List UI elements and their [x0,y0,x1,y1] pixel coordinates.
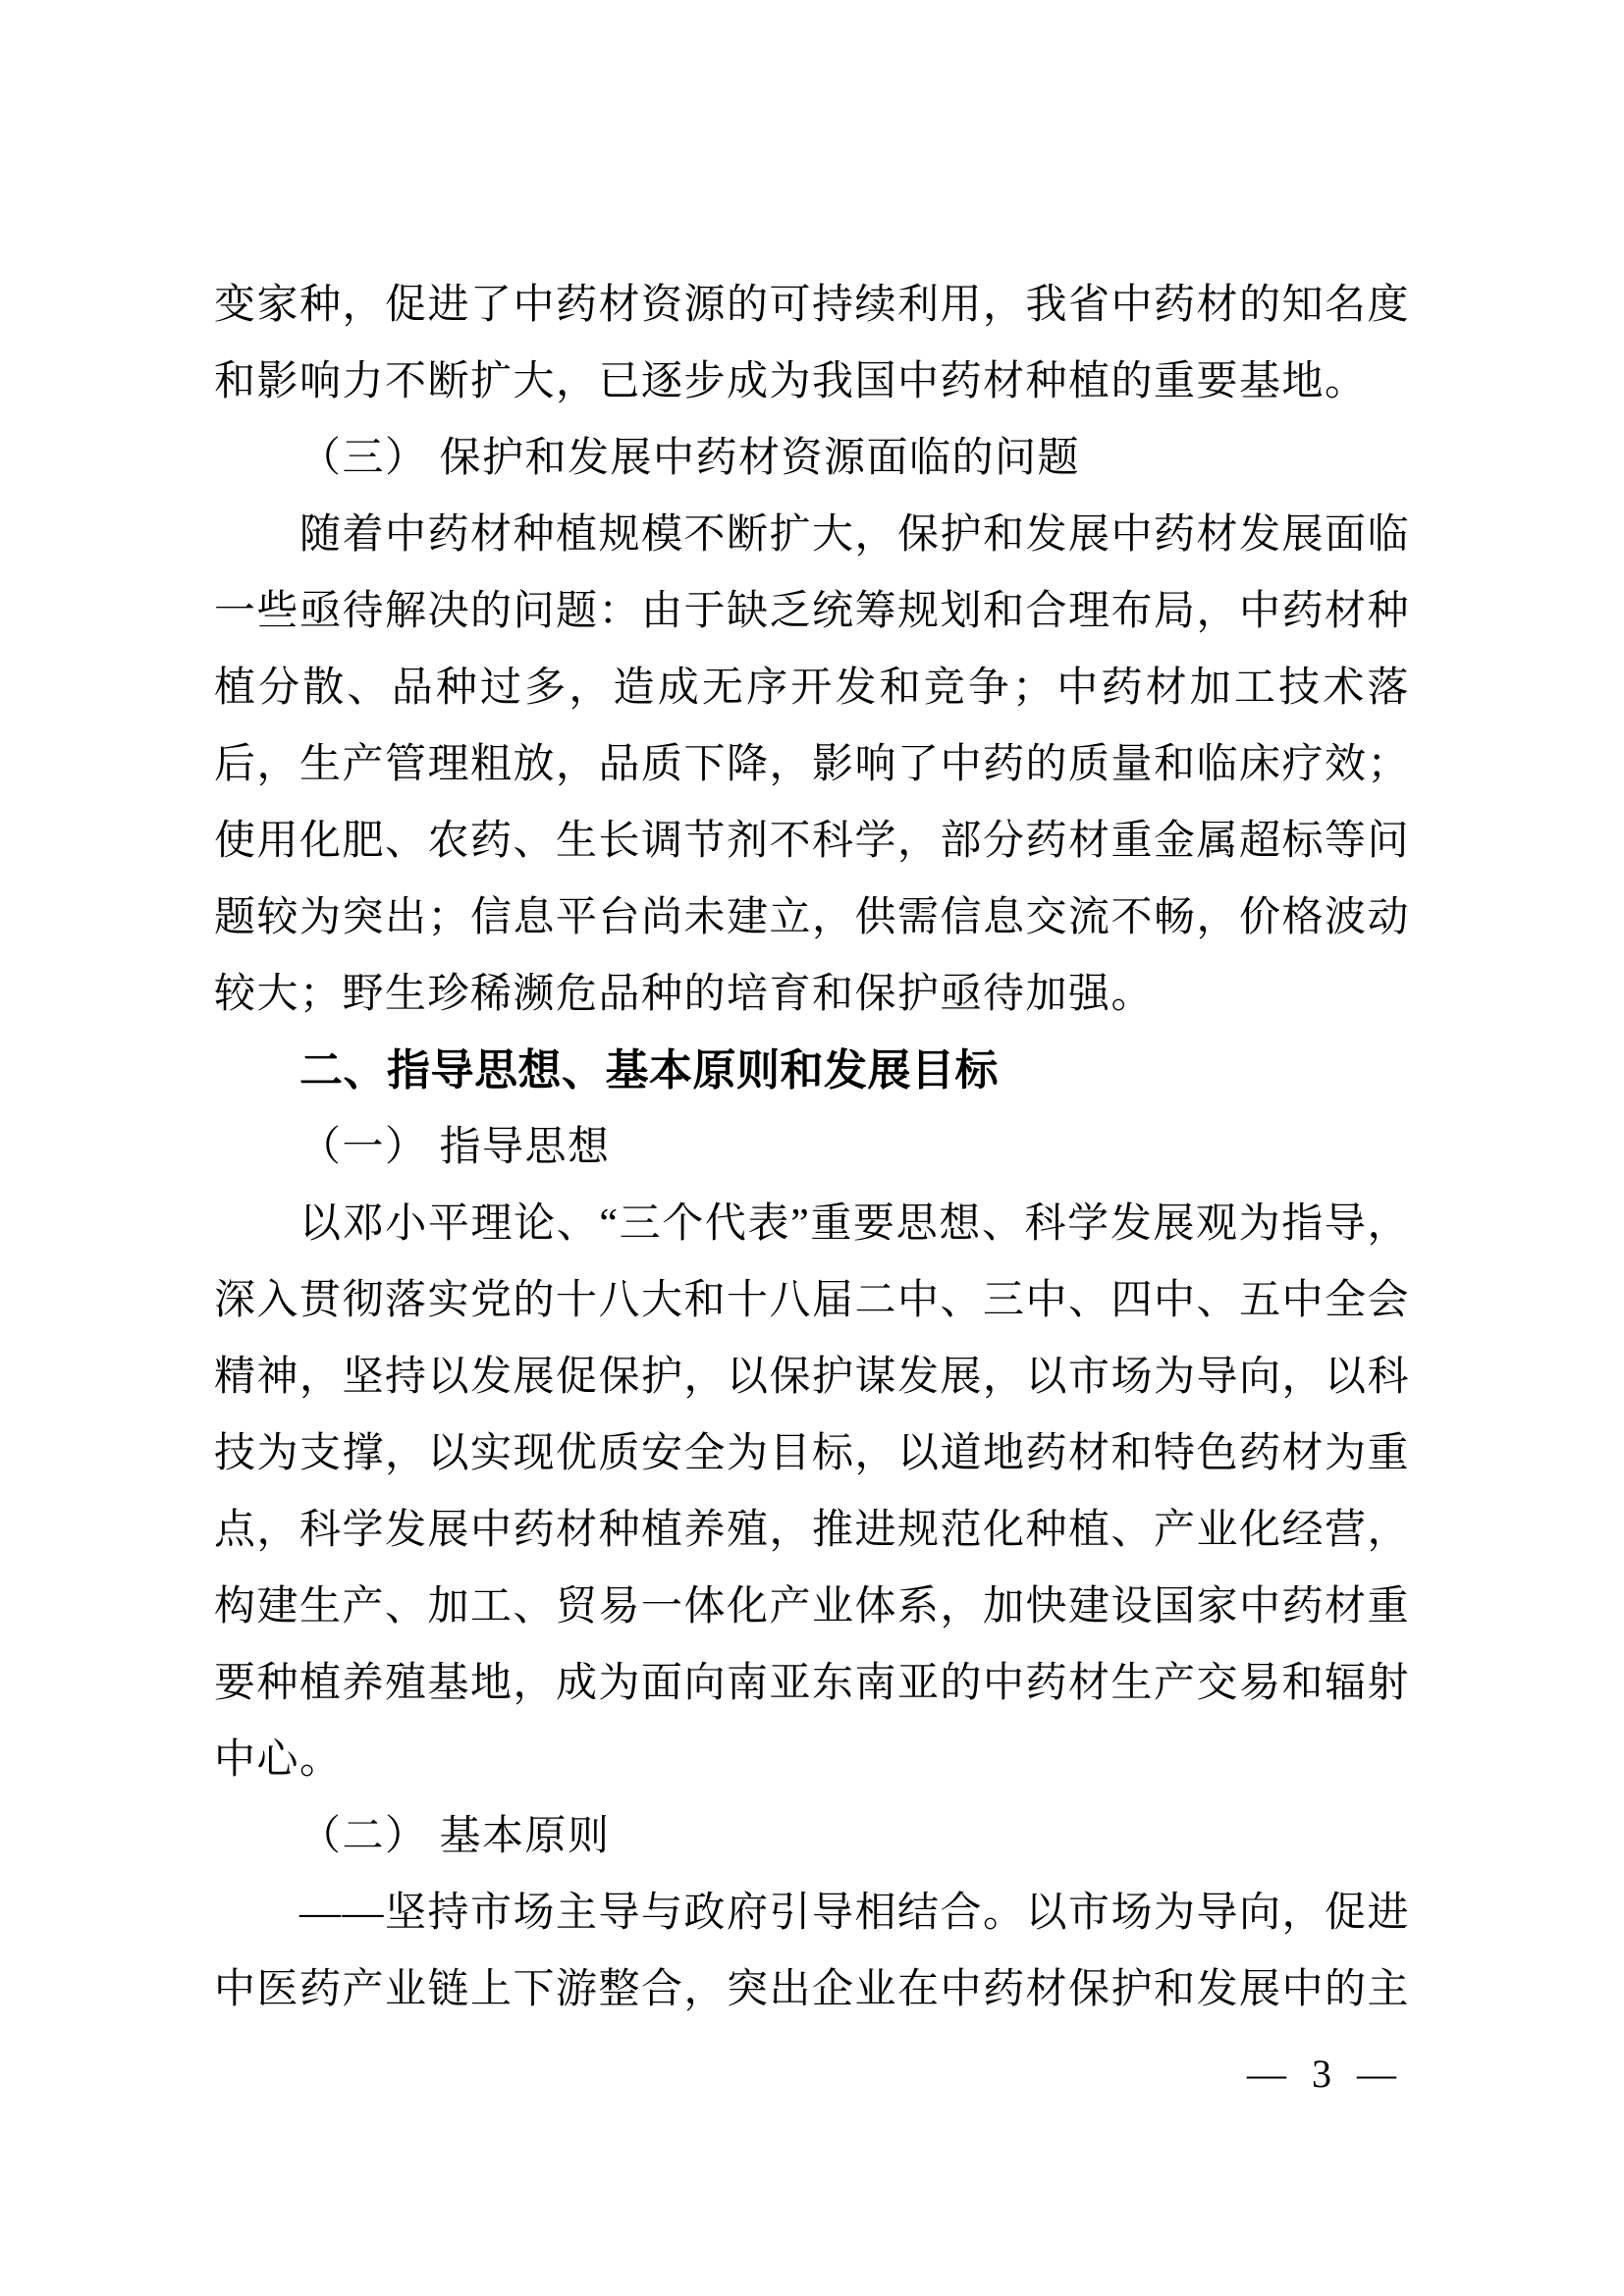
paragraph-continuation: 变家种，促进了中药材资源的可持续利用，我省中药材的知名度和影响力不断扩大，已逐步… [214,267,1410,420]
paragraph-guiding-ideology: 以邓小平理论、“三个代表”重要思想、科学发展观为指导，深入贯彻落实党的十八大和十… [214,1186,1410,1798]
subsection-heading-2: （二） 基本原则 [214,1798,1410,1875]
document-page: 变家种，促进了中药材资源的可持续利用，我省中药材的知名度和影响力不断扩大，已逐步… [0,0,1624,2296]
page-footer: — 3 — [1247,2036,1396,2112]
subsection-heading-1: （一） 指导思想 [214,1109,1410,1186]
section-heading-2: 二、指导思想、基本原则和发展目标 [214,1033,1410,1109]
page-number: — 3 — [1247,2052,1396,2096]
paragraph-basic-principles: ——坚持市场主导与政府引导相结合。以市场为导向，促进中医药产业链上下游整合，突出… [214,1875,1410,2028]
document-body: 变家种，促进了中药材资源的可持续利用，我省中药材的知名度和影响力不断扩大，已逐步… [214,267,1410,2028]
paragraph-problems: 随着中药材种植规模不断扩大，保护和发展中药材发展面临一些亟待解决的问题：由于缺乏… [214,497,1410,1033]
subsection-heading-3: （三） 保护和发展中药材资源面临的问题 [214,420,1410,497]
